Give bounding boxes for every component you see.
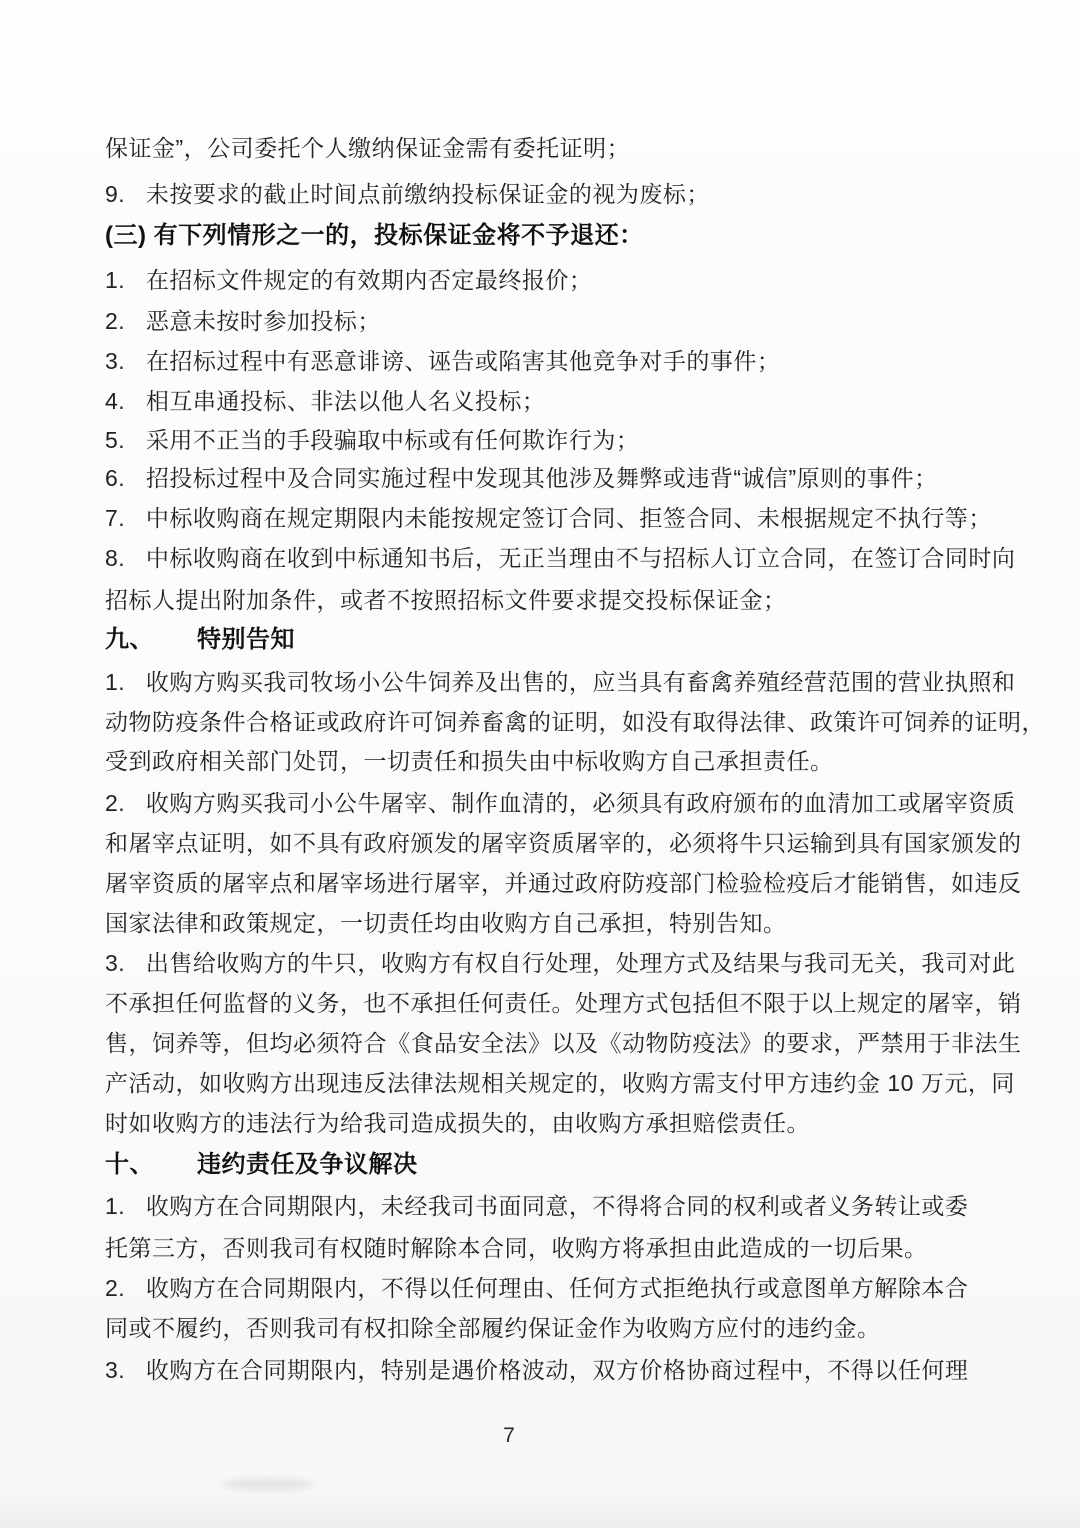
paragraph-line: 保证金”，公司委托个人缴纳保证金需有委托证明； <box>105 132 985 166</box>
list-item: 8. 中标收购商在收到中标通知书后，无正当理由不与招标人订立合同，在签订合同时向 <box>105 542 985 576</box>
scan-edge-shade <box>0 1492 1080 1528</box>
paragraph-line: 3. 收购方在合同期限内，特别是遇价格波动，双方价格协商过程中，不得以任何理 <box>105 1354 985 1388</box>
list-item: 1. 在招标文件规定的有效期内否定最终报价； <box>105 264 985 298</box>
paragraph-line: 托第三方，否则我司有权随时解除本合同，收购方将承担由此造成的一切后果。 <box>105 1232 985 1266</box>
list-item: 2. 收购方购买我司小公牛屠宰、制作血清的，必须具有政府颁布的血清加工或屠宰资质 <box>105 787 985 821</box>
list-item: 1. 收购方在合同期限内，未经我司书面同意，不得将合同的权利或者义务转让或委 <box>105 1190 985 1224</box>
list-item: 5. 采用不正当的手段骗取中标或有任何欺诈行为； <box>105 424 985 458</box>
paragraph-line: 2. 收购方在合同期限内，不得以任何理由、任何方式拒绝执行或意图单方解除本合 <box>105 1272 985 1306</box>
paragraph-line: 国家法律和政策规定，一切责任均由收购方自己承担，特别告知。 <box>105 907 985 941</box>
section-heading: 十、 违约责任及争议解决 <box>105 1149 985 1183</box>
list-item: 4. 相互串通投标、非法以他人名义投标； <box>105 385 985 419</box>
scan-smudge <box>222 1478 314 1491</box>
paragraph-line: 动物防疫条件合格证或政府许可饲养畜禽的证明，如没有取得法律、政策许可饲养的证明， <box>105 706 985 740</box>
list-item: 6. 招投标过程中及合同实施过程中发现其他涉及舞弊或违背“诚信”原则的事件； <box>105 462 985 496</box>
paragraph-line: 招标人提出附加条件，或者不按照招标文件要求提交投标保证金； <box>105 584 985 618</box>
paragraph-line: 和屠宰点证明，如不具有政府颁发的屠宰资质屠宰的，必须将牛只运输到具有国家颁发的 <box>105 827 985 861</box>
list-item: 3. 在招标过程中有恶意诽谤、诬告或陷害其他竞争对手的事件； <box>105 345 985 379</box>
page-number: 7 <box>0 1424 1018 1448</box>
paragraph-line: 屠宰资质的屠宰点和屠宰场进行屠宰，并通过政府防疫部门检验检疫后才能销售，如违反 <box>105 867 985 901</box>
list-item: 3. 出售给收购方的牛只，收购方有权自行处理，处理方式及结果与我司无关，我司对此 <box>105 947 985 981</box>
list-item: 7. 中标收购商在规定期限内未能按规定签订合同、拒签合同、未根据规定不执行等； <box>105 502 985 536</box>
document-page: 保证金”，公司委托个人缴纳保证金需有委托证明； 9. 未按要求的截止时间点前缴纳… <box>0 0 1080 1528</box>
paragraph-line: 同或不履约，否则我司有权扣除全部履约保证金作为收购方应付的违约金。 <box>105 1312 985 1346</box>
section-heading: 九、 特别告知 <box>105 624 985 658</box>
paragraph-line: 产活动，如收购方出现违反法律法规相关规定的，收购方需支付甲方违约金 10 万元，… <box>105 1067 985 1101</box>
list-item: 1. 收购方购买我司牧场小公牛饲养及出售的，应当具有畜禽养殖经营范围的营业执照和 <box>105 666 985 700</box>
section-heading: (三) 有下列情形之一的，投标保证金将不予退还： <box>105 220 985 254</box>
paragraph-line: 不承担任何监督的义务，也不承担任何责任。处理方式包括但不限于以上规定的屠宰，销 <box>105 987 985 1021</box>
paragraph-line: 售，饲养等，但均必须符合《食品安全法》以及《动物防疫法》的要求，严禁用于非法生 <box>105 1027 985 1061</box>
list-item: 2. 恶意未按时参加投标； <box>105 305 985 339</box>
paragraph-line: 受到政府相关部门处罚，一切责任和损失由中标收购方自己承担责任。 <box>105 745 985 779</box>
list-item: 9. 未按要求的截止时间点前缴纳投标保证金的视为废标； <box>105 178 985 212</box>
paragraph-line: 时如收购方的违法行为给我司造成损失的，由收购方承担赔偿责任。 <box>105 1107 985 1141</box>
